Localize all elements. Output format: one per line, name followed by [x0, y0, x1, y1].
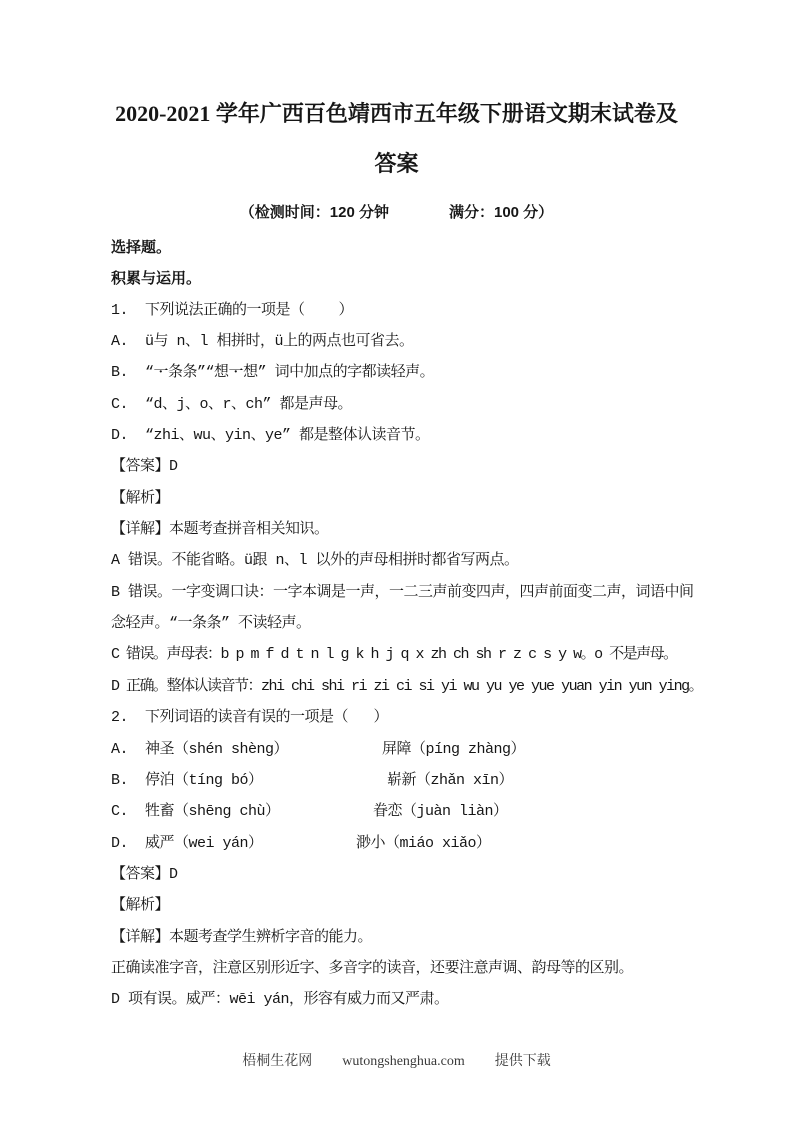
q1-explanation-b-line1: B 错误。一字变调口诀：一字本调是一声，一二三声前变四声，四声前面变二声，词语中…	[111, 577, 723, 608]
q1-explanation-d: D 正确。整体认读音节：zhi chi shi ri zi ci si yi w…	[111, 671, 723, 702]
q2-option-c-word1: C. 牲畜（shēng chù）	[111, 803, 280, 820]
q2-option-a: A. 神圣（shén shèng）屏障（píng zhàng）	[111, 734, 723, 765]
q1-analysis: 【解析】	[111, 483, 723, 514]
q2-stem: 2. 下列词语的读音有误的一项是（ ）	[111, 702, 723, 733]
q1-option-b-mid: 条条”“想	[168, 364, 229, 381]
section-heading-accumulate: 积累与运用。	[111, 263, 723, 294]
q1-explanation-c: C 错误。声母表：b p m f d t n l g k h j q x zh …	[111, 639, 723, 670]
title-line-1: 2020-2021 学年广西百色靖西市五年级下册语文期末试卷及	[0, 89, 793, 139]
q1-explanation-a: A 错误。不能省略。ü跟 n、l 以外的声母相拼时都省写两点。	[111, 545, 723, 576]
q2-detail: 【详解】本题考查学生辨析字音的能力。	[111, 922, 723, 953]
document-title: 2020-2021 学年广西百色靖西市五年级下册语文期末试卷及 答案	[0, 89, 793, 189]
q2-option-d-word1: D. 威严（wei yán）	[111, 835, 263, 852]
q2-option-d-word2: 渺小（miáo xiǎo）	[356, 828, 491, 859]
q2-option-d: D. 威严（wei yán）渺小（miáo xiǎo）	[111, 828, 723, 859]
q2-option-c-word2: 眷恋（juàn liàn）	[373, 796, 508, 827]
q2-analysis: 【解析】	[111, 890, 723, 921]
q2-option-b: B. 停泊（tíng bó）崭新（zhǎn xīn）	[111, 765, 723, 796]
q2-option-b-word1: B. 停泊（tíng bó）	[111, 772, 263, 789]
q1-explanation-b-line2: 念轻声。“一条条” 不读轻声。	[111, 608, 723, 639]
title-line-2: 答案	[0, 139, 793, 189]
q1-option-d: D. “zhi、wu、yin、ye” 都是整体认读音节。	[111, 420, 723, 451]
footer-site-url: wutongshenghua.com	[342, 1052, 464, 1072]
q2-answer: 【答案】D	[111, 859, 723, 890]
q1-option-b-post: 想” 词中加点的字都读轻声。	[243, 364, 434, 381]
footer-site-name: 梧桐生花网	[242, 1052, 312, 1072]
q1-option-b-dotted-char-2: 一	[229, 364, 244, 381]
q2-explanation-1: 正确读准字音，注意区别形近字、多音字的读音，还要注意声调、韵母等的区别。	[111, 953, 723, 984]
q1-detail: 【详解】本题考查拼音相关知识。	[111, 514, 723, 545]
page-footer: 梧桐生花网 wutongshenghua.com 提供下载	[0, 1052, 793, 1072]
q2-option-b-word2: 崭新（zhǎn xīn）	[387, 765, 513, 796]
document-body: 选择题。 积累与运用。 1. 下列说法正确的一项是（ ） A. ü与 n、l 相…	[0, 232, 793, 1016]
document-page: 2020-2021 学年广西百色靖西市五年级下册语文期末试卷及 答案 （检测时间…	[0, 0, 793, 1122]
q2-option-c: C. 牲畜（shēng chù）眷恋（juàn liàn）	[111, 796, 723, 827]
q2-explanation-2: D 项有误。威严：wēi yán，形容有威力而又严肃。	[111, 984, 723, 1015]
q1-option-b-dotted-char-1: 一	[154, 364, 169, 381]
q1-option-b: B. “一条条”“想一想” 词中加点的字都读轻声。	[111, 357, 723, 388]
q1-option-c: C. “d、j、o、r、ch” 都是声母。	[111, 389, 723, 420]
section-heading-choice: 选择题。	[111, 232, 723, 263]
footer-download-text: 提供下载	[495, 1052, 551, 1072]
q1-option-b-pre: B. “	[111, 364, 154, 381]
q1-stem: 1. 下列说法正确的一项是（ ）	[111, 295, 723, 326]
q1-answer: 【答案】D	[111, 451, 723, 482]
q1-option-a: A. ü与 n、l 相拼时，ü上的两点也可省去。	[111, 326, 723, 357]
exam-info-line: （检测时间：120 分钟 满分：100 分）	[0, 197, 793, 228]
q2-option-a-word1: A. 神圣（shén shèng）	[111, 741, 288, 758]
q2-option-a-word2: 屏障（píng zhàng）	[382, 734, 525, 765]
